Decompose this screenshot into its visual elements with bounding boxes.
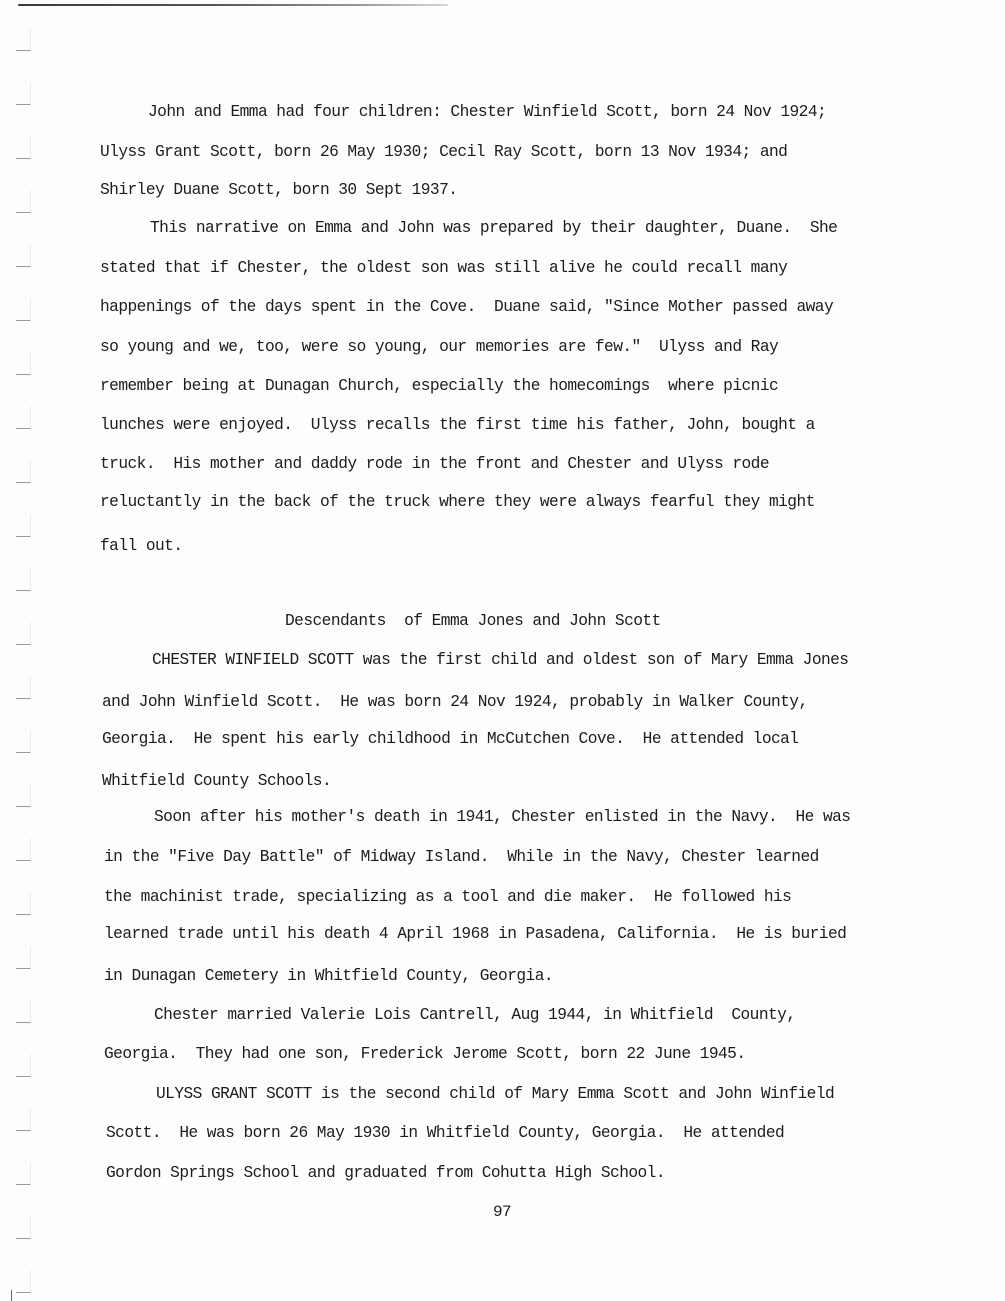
text-line: John and Emma had four children: Chester…	[148, 103, 826, 121]
binder-margin-mark	[16, 622, 31, 645]
text-line: Soon after his mother's death in 1941, C…	[154, 808, 850, 826]
binder-margin-mark	[16, 352, 31, 375]
binder-margin-mark	[16, 568, 31, 591]
binder-margin-mark	[16, 406, 31, 429]
binder-tick	[11, 1290, 12, 1301]
section-heading: Descendants of Emma Jones and John Scott	[285, 612, 661, 630]
binder-margin-mark	[16, 1054, 31, 1077]
text-line: Georgia. They had one son, Frederick Jer…	[104, 1045, 746, 1063]
text-line: Scott. He was born 26 May 1930 in Whitfi…	[106, 1124, 784, 1142]
text-line: and John Winfield Scott. He was born 24 …	[102, 693, 808, 711]
text-line: in Dunagan Cemetery in Whitfield County,…	[104, 967, 553, 985]
document-page: John and Emma had four children: Chester…	[0, 0, 1005, 1301]
binder-margin-mark	[16, 838, 31, 861]
binder-margin-mark	[16, 676, 31, 699]
binder-margin-mark	[16, 298, 31, 321]
binder-margin-mark	[16, 82, 31, 105]
text-line: remember being at Dunagan Church, especi…	[100, 377, 778, 395]
binder-margin-mark	[16, 1216, 31, 1239]
text-line: in the "Five Day Battle" of Midway Islan…	[104, 848, 819, 866]
text-line: CHESTER WINFIELD SCOTT was the first chi…	[152, 651, 848, 669]
text-line: ULYSS GRANT SCOTT is the second child of…	[156, 1085, 834, 1103]
text-line: Ulyss Grant Scott, born 26 May 1930; Cec…	[100, 143, 787, 161]
binder-margin-mark	[16, 892, 31, 915]
text-line: lunches were enjoyed. Ulyss recalls the …	[100, 416, 815, 434]
binder-margin-marks	[14, 0, 34, 1301]
text-line: Chester married Valerie Lois Cantrell, A…	[154, 1006, 796, 1024]
text-line: Whitfield County Schools.	[102, 772, 331, 790]
binder-margin-mark	[16, 784, 31, 807]
text-line: Gordon Springs School and graduated from…	[106, 1164, 665, 1182]
text-line: reluctantly in the back of the truck whe…	[100, 493, 815, 511]
binder-margin-mark	[16, 1108, 31, 1131]
text-line: Georgia. He spent his early childhood in…	[102, 730, 798, 748]
text-line: the machinist trade, specializing as a t…	[104, 888, 791, 906]
binder-margin-mark	[16, 946, 31, 969]
binder-margin-mark	[16, 136, 31, 159]
text-line: truck. His mother and daddy rode in the …	[100, 455, 769, 473]
binder-margin-mark	[16, 244, 31, 267]
binder-margin-mark	[16, 460, 31, 483]
text-line: so young and we, too, were so young, our…	[100, 338, 778, 356]
page-number: 97	[493, 1203, 511, 1221]
binder-margin-mark	[16, 1270, 31, 1293]
text-line: fall out.	[100, 537, 182, 555]
binder-margin-mark	[16, 1162, 31, 1185]
text-line: Shirley Duane Scott, born 30 Sept 1937.	[100, 181, 457, 199]
binder-margin-mark	[16, 1000, 31, 1023]
binder-margin-mark	[16, 730, 31, 753]
top-rule	[18, 4, 448, 6]
binder-margin-mark	[16, 28, 31, 51]
text-line: learned trade until his death 4 April 19…	[104, 925, 846, 943]
binder-margin-mark	[16, 190, 31, 213]
text-line: This narrative on Emma and John was prep…	[150, 219, 837, 237]
text-line: stated that if Chester, the oldest son w…	[100, 259, 787, 277]
binder-margin-mark	[16, 514, 31, 537]
text-line: happenings of the days spent in the Cove…	[100, 298, 833, 316]
